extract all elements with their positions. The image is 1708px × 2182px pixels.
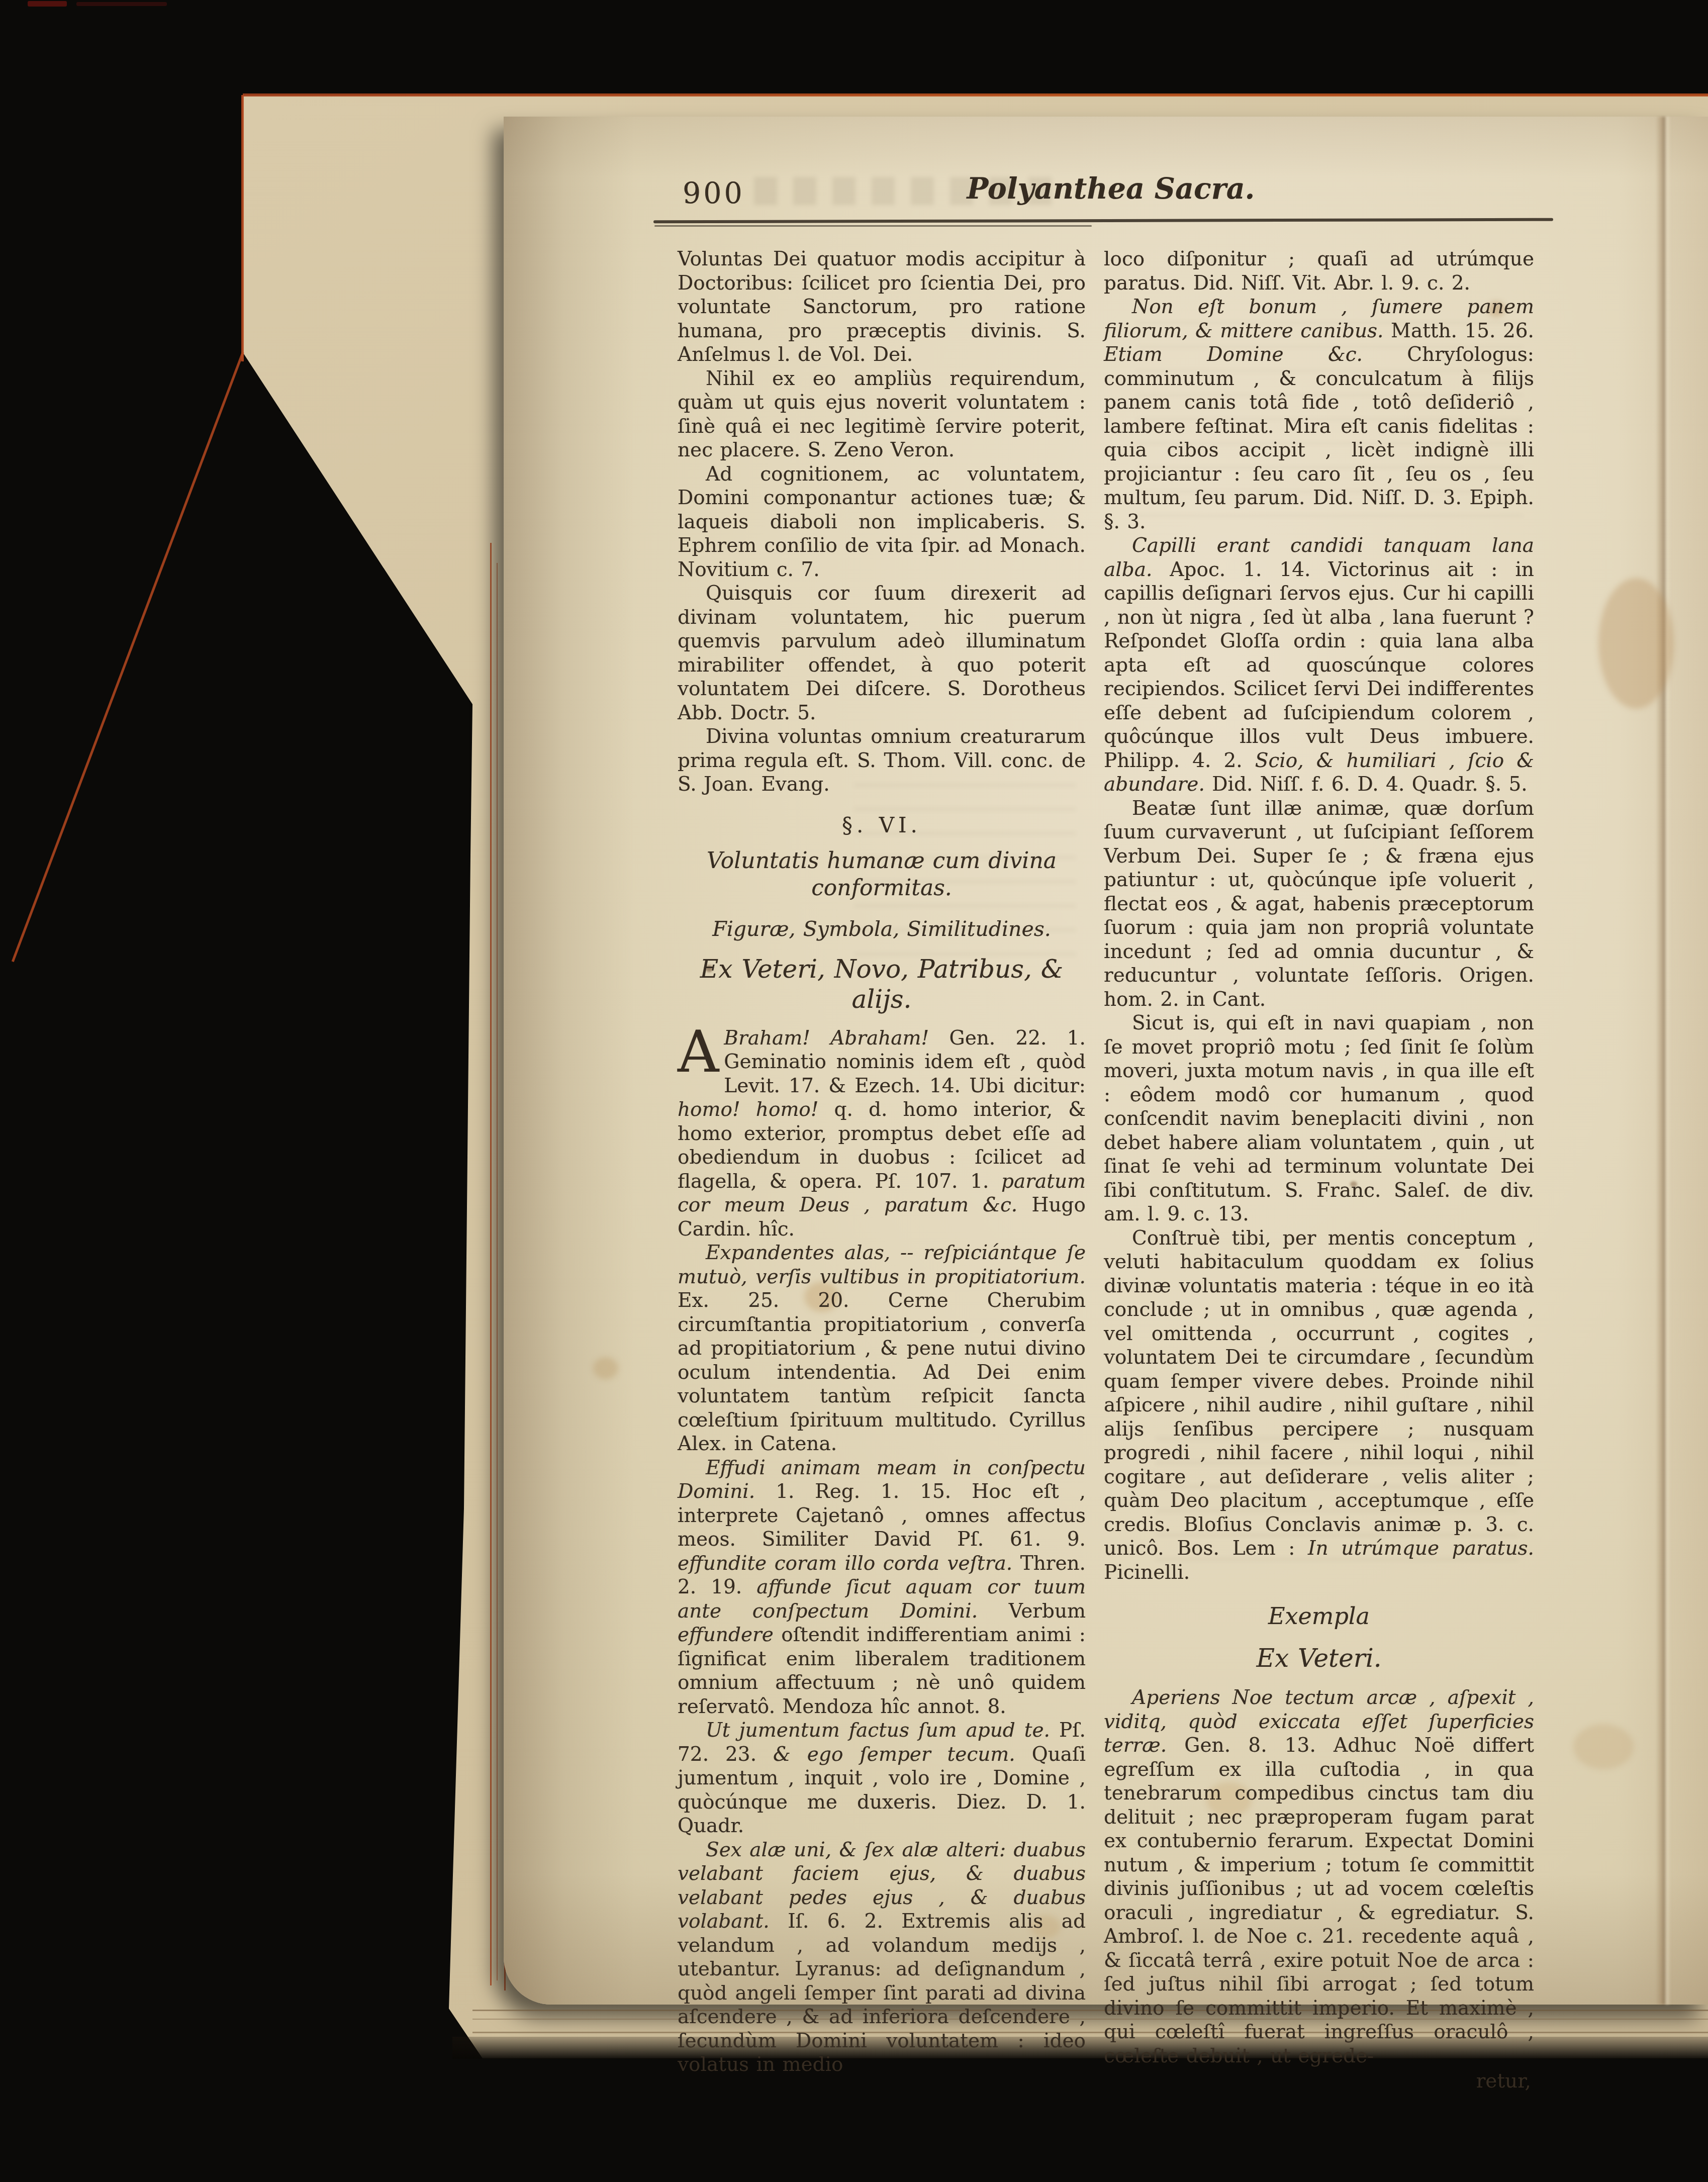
section-heading: Ex Veteri, Novo, Patribus, & alijs. — [681, 954, 1083, 1014]
text-run: homo! homo! — [678, 1098, 834, 1121]
heading-text: Ex Veteri. — [1256, 1644, 1381, 1673]
section-heading: Figuræ, Symbola, Similitudines. — [678, 917, 1086, 941]
page-crease — [1656, 117, 1671, 2005]
text-run: Nihil ex eo ampliùs requirendum, quàm ut… — [678, 367, 1086, 462]
scan-edge-mark — [76, 2, 167, 6]
paragraph: loco diſponitur ; quaſi ad utrúmque para… — [1104, 247, 1534, 295]
stain — [1573, 1724, 1634, 1769]
red-dyed-left-edge — [12, 352, 244, 962]
text-run: Etiam Domine &c. — [1104, 343, 1407, 366]
stain — [593, 1357, 618, 1379]
book-photo: 900 Polyanthea Sacra. Voluntas Dei quatu… — [0, 0, 1708, 2182]
catchword: retur, — [1104, 2070, 1534, 2093]
text-run: & ego ſemper tecum. — [773, 1743, 1032, 1766]
paragraph: Ad cognitionem, ac voluntatem, Domini co… — [678, 462, 1086, 582]
text-run: Beatæ ſunt illæ animæ, quæ dorſum ſuum c… — [1104, 797, 1534, 1011]
stain — [1598, 578, 1674, 709]
paragraph: Sicut is, qui eſt in navi quapiam , non … — [1104, 1011, 1534, 1226]
text-run: Braham! Abraham! — [724, 1027, 949, 1050]
running-title: Polyanthea Sacra. — [824, 172, 1397, 206]
heading-text: Figuræ, Symbola, Similitudines. — [712, 917, 1051, 941]
text-run: Sicut is, qui eſt in navi quapiam , non … — [1104, 1012, 1534, 1225]
heading-text: Exempla — [1268, 1602, 1370, 1630]
section-heading: Ex Veteri. — [1104, 1644, 1534, 1673]
section-heading: §. VI. — [678, 813, 1086, 837]
paragraph: Beatæ ſunt illæ animæ, quæ dorſum ſuum c… — [1104, 797, 1534, 1012]
text-run: In utrúmque paratus. — [1308, 1537, 1534, 1560]
paragraph: Capilli erant candidi tanquam lana alba.… — [1104, 534, 1534, 797]
text-run: effundere — [678, 1624, 781, 1646]
text-run: Apoc. 1. 14. Victorinus ait : in capilli… — [1104, 558, 1534, 772]
text-run: Ad cognitionem, ac voluntatem, Domini co… — [678, 463, 1086, 581]
heading-text: §. VI. — [842, 813, 921, 837]
paragraph: Quisquis cor ſuum direxerit ad divinam v… — [678, 582, 1086, 725]
leaf-edge-line — [497, 563, 498, 1980]
text-run: Chryſologus: comminutum , & conculcatum … — [1104, 343, 1534, 533]
text-column-right: loco diſponitur ; quaſi ad utrúmque para… — [1104, 247, 1534, 2093]
red-dyed-left-edge — [241, 95, 244, 361]
paragraph: Effudi animam meam in conſpectu Domini. … — [678, 1456, 1086, 1719]
paragraph: Conſtruè tibi, per mentis conceptum , ve… — [1104, 1226, 1534, 1585]
text-run: Picinelli. — [1104, 1561, 1190, 1584]
text-run: Iſ. 6. 2. Extremis alis ad velandum , ad… — [678, 1910, 1086, 2076]
text-run: Voluntas Dei quatuor modis accipitur à D… — [678, 248, 1086, 366]
paragraph: ABraham! Abraham! Gen. 22. 1. Geminatio … — [678, 1026, 1086, 1242]
text-column-left: Voluntas Dei quatuor modis accipitur à D… — [678, 247, 1086, 2077]
scan-edge-mark — [28, 1, 67, 7]
dropcap-letter: A — [678, 1026, 724, 1075]
text-run: Did. Niſſ. f. 6. D. 4. Quadr. §. 5. — [1212, 773, 1527, 796]
text-run: Divina voluntas omnium creaturarum prima… — [678, 725, 1086, 796]
text-run: Conſtruè tibi, per mentis conceptum , ve… — [1104, 1227, 1534, 1560]
paragraph: Non eſt bonum , ſumere panem filiorum, &… — [1104, 295, 1534, 534]
paragraph: Voluntas Dei quatuor modis accipitur à D… — [678, 247, 1086, 367]
text-run: Ut jumentum factus ſum apud te. — [706, 1719, 1059, 1742]
text-run: Quisquis cor ſuum direxerit ad divinam v… — [678, 582, 1086, 724]
text-run: Ex. 25. 20. Cerne Cherubim circumſtantia… — [678, 1289, 1086, 1455]
text-run: Matth. 15. 26. — [1391, 320, 1534, 342]
paragraph: Aperiens Noe tectum arcæ , aſpexit , vid… — [1104, 1686, 1534, 2068]
section-heading: Voluntatis humanæ cum divina conformitas… — [693, 847, 1071, 902]
leaf-edge-line — [490, 543, 492, 1985]
paragraph: Sex alæ uni, & ſex alæ alteri: duabus ve… — [678, 1838, 1086, 2077]
paragraph: Expandentes alas, -- reſpiciántque ſe mu… — [678, 1241, 1086, 1456]
header-rule — [654, 225, 1092, 227]
paragraph: Ut jumentum factus ſum apud te. Pſ. 72. … — [678, 1719, 1086, 1838]
heading-text: Voluntatis humanæ cum divina conformitas… — [707, 848, 1057, 901]
heading-text: Ex Veteri, Novo, Patribus, & alijs. — [700, 955, 1063, 1014]
text-run: Expandentes alas, -- reſpiciántque ſe mu… — [678, 1242, 1086, 1288]
text-run: Gen. 8. 13. Adhuc Noë differt egreſſum e… — [1104, 1734, 1534, 2067]
red-dyed-top-edge — [243, 93, 1708, 97]
paragraph: Divina voluntas omnium creaturarum prima… — [678, 725, 1086, 797]
section-heading: Exempla — [1104, 1602, 1534, 1630]
text-run: Verbum — [1009, 1600, 1086, 1623]
text-run: loco diſponitur ; quaſi ad utrúmque para… — [1104, 248, 1534, 295]
page-number: 900 — [683, 177, 745, 210]
text-run: effundite coram illo corda veſtra. — [678, 1552, 1020, 1575]
paragraph: Nihil ex eo ampliùs requirendum, quàm ut… — [678, 367, 1086, 462]
